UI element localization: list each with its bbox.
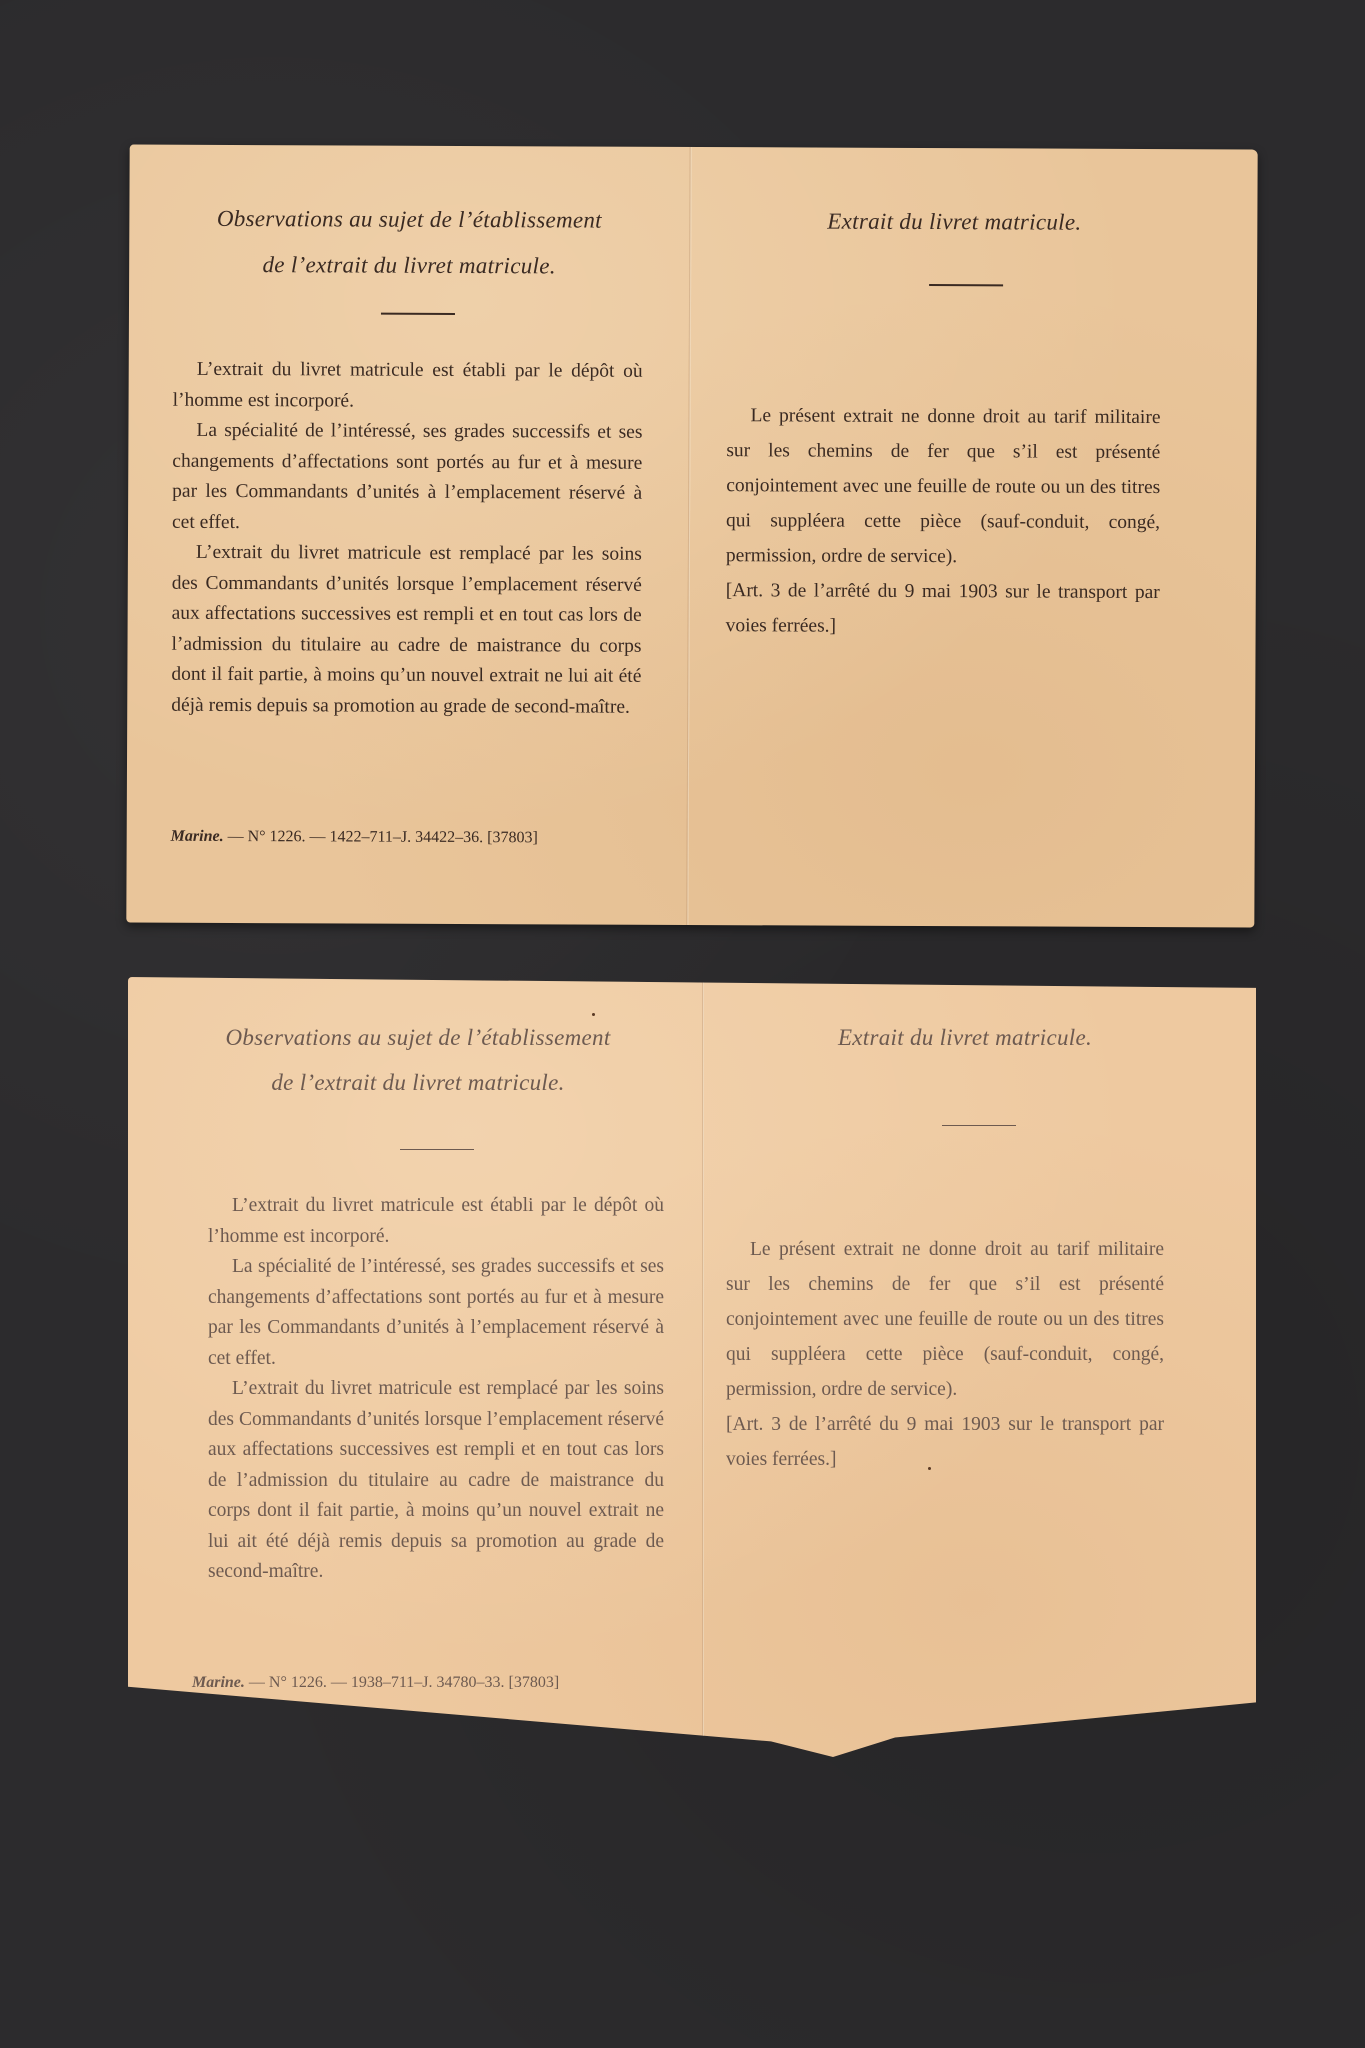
paper-speck bbox=[592, 1013, 595, 1016]
imprint-number: — N° 1226. — 1938–711–J. 34780–33. [3780… bbox=[245, 1674, 559, 1691]
paragraph: L’extrait du livret matricule est rempla… bbox=[208, 1374, 664, 1588]
extrait-title: Extrait du livret matricule. bbox=[651, 197, 1257, 247]
right-page-extrait: Extrait du livret matricule. Le présent … bbox=[704, 977, 1256, 1757]
title-divider bbox=[381, 313, 455, 315]
observations-body: L’extrait du livret matricule est établi… bbox=[171, 355, 643, 723]
imprint-marine: Marine. bbox=[171, 828, 224, 845]
paper-speck bbox=[928, 1467, 931, 1470]
paragraph: L’extrait du livret matricule est établi… bbox=[173, 355, 643, 418]
extrait-body: Le présent extrait ne donne droit au tar… bbox=[726, 398, 1161, 645]
paragraph-article-reference: [Art. 3 de l’arrêté du 9 mai 1903 sur le… bbox=[726, 1407, 1164, 1477]
imprint-marine: Marine. bbox=[192, 1674, 245, 1691]
title-divider bbox=[942, 1125, 1016, 1126]
observations-title-line2: de l’extrait du livret matricule. bbox=[129, 241, 689, 290]
paragraph: L’extrait du livret matricule est rempla… bbox=[171, 538, 642, 723]
paragraph: La spécialité de l’intéressé, ses grades… bbox=[208, 1252, 664, 1374]
document-1923-extrait: Observations au sujet de l’établissement… bbox=[126, 145, 1257, 928]
extrait-body: Le présent extrait ne donne droit au tar… bbox=[726, 1232, 1164, 1477]
paragraph: Le présent extrait ne donne droit au tar… bbox=[726, 1232, 1164, 1407]
paragraph: La spécialité de l’intéressé, ses grades… bbox=[172, 416, 643, 540]
printer-imprint: Marine. — N° 1226. — 1422–711–J. 34422–3… bbox=[171, 828, 538, 848]
imprint-number: — N° 1226. — 1422–711–J. 34422–36. [3780… bbox=[224, 828, 538, 846]
right-page-extrait: Extrait du livret matricule. Le présent … bbox=[688, 147, 1257, 927]
paragraph-article-reference: [Art. 3 de l’arrêté du 9 mai 1903 sur le… bbox=[726, 573, 1160, 645]
title-divider bbox=[400, 1149, 474, 1150]
left-page-observations: Observations au sujet de l’établissement… bbox=[126, 145, 689, 925]
paragraph: L’extrait du livret matricule est établi… bbox=[208, 1191, 664, 1252]
title-divider bbox=[929, 284, 1003, 286]
observations-title-line1: Observations au sujet de l’établissement bbox=[148, 1014, 688, 1061]
paragraph: Le présent extrait ne donne droit au tar… bbox=[726, 398, 1161, 575]
left-page-observations: Observations au sujet de l’établissement… bbox=[128, 977, 688, 1757]
observations-title-line1: Observations au sujet de l’établissement bbox=[129, 195, 689, 244]
observations-title-line2: de l’extrait du livret matricule. bbox=[148, 1059, 688, 1106]
observations-body: L’extrait du livret matricule est établi… bbox=[208, 1191, 664, 1588]
extrait-title: Extrait du livret matricule. bbox=[674, 1014, 1256, 1061]
printer-imprint: Marine. — N° 1226. — 1938–711–J. 34780–3… bbox=[192, 1674, 559, 1692]
document-1933-extrait: Observations au sujet de l’établissement… bbox=[128, 977, 1256, 1757]
